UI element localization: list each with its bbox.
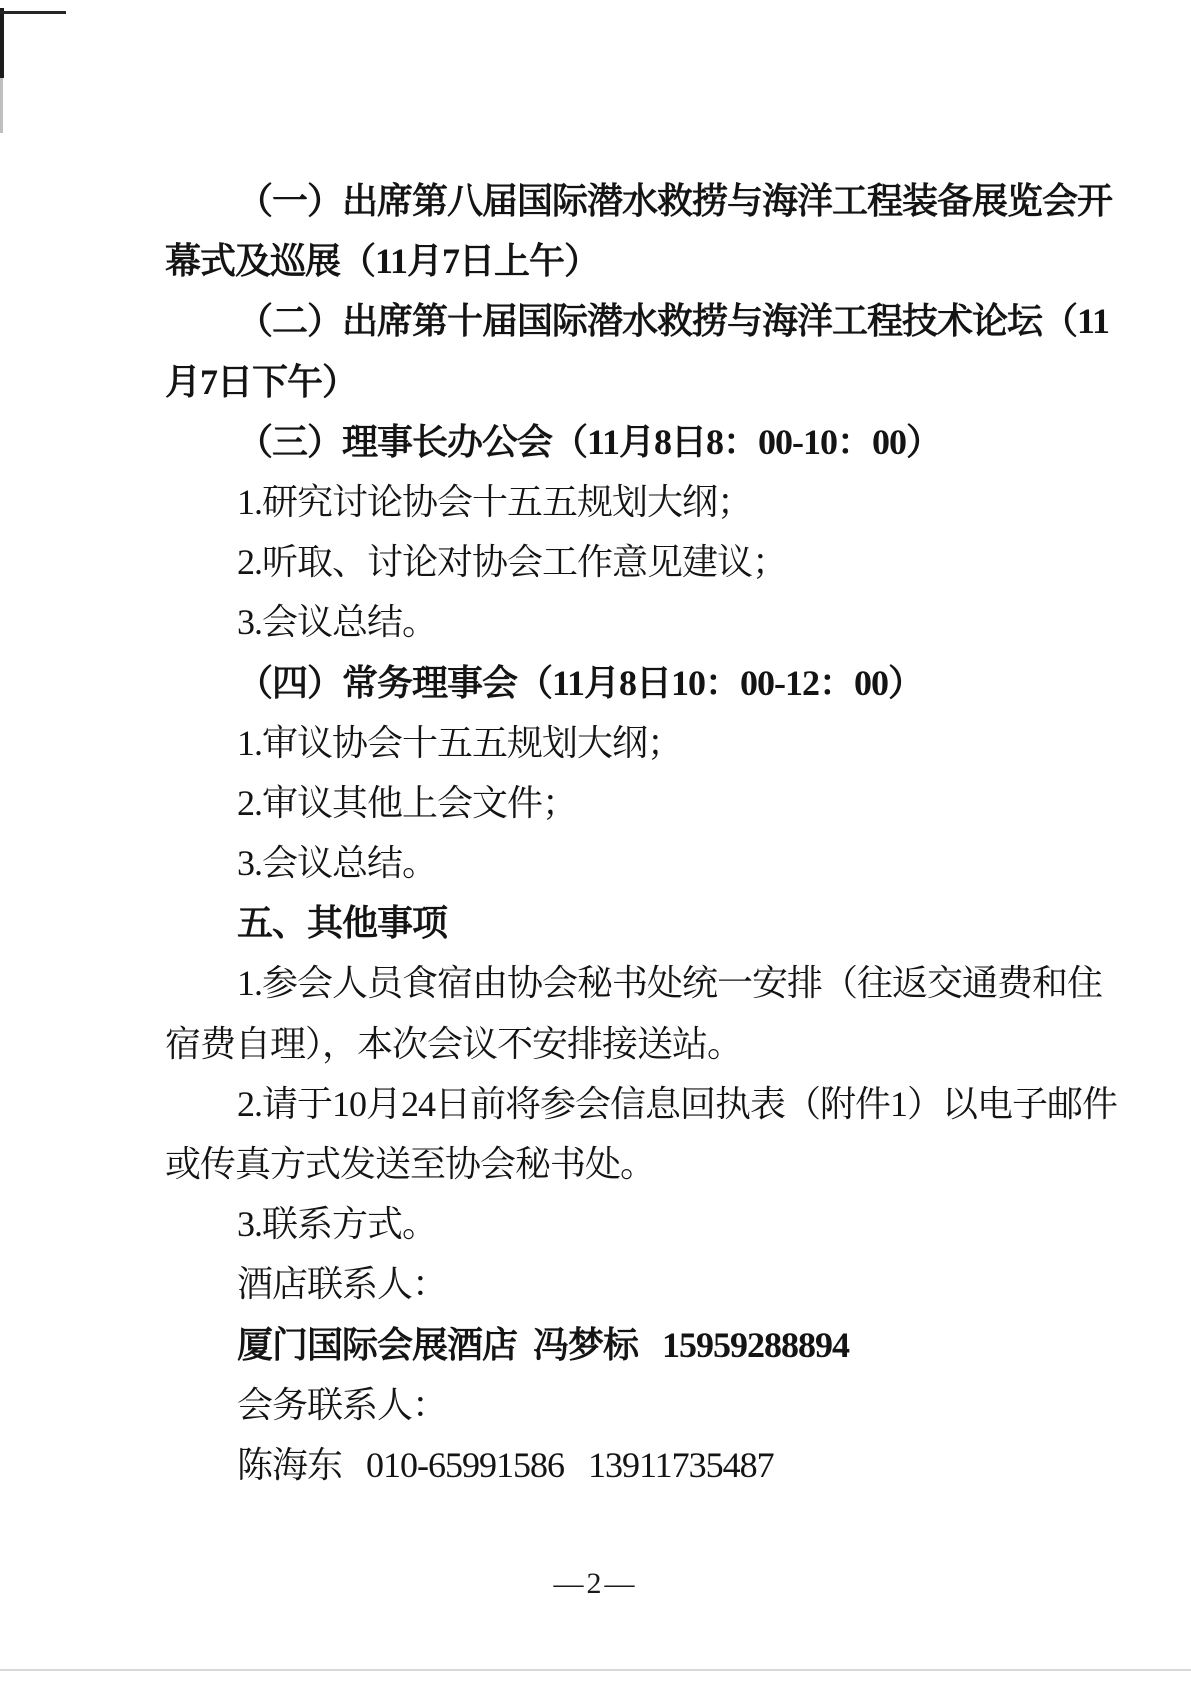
- text-line: 1.参会人员食宿由协会秘书处统一安排（往返交通费和住: [165, 953, 1085, 1013]
- text-line: 3.联系方式。: [165, 1194, 1085, 1254]
- text-line: （二）出席第十届国际潜水救捞与海洋工程技术论坛（11: [165, 291, 1085, 351]
- document-body: （一）出席第八届国际潜水救捞与海洋工程装备展览会开幕式及巡展（11月7日上午）（…: [165, 171, 1085, 1495]
- text-line: 2.听取、讨论对协会工作意见建议；: [165, 532, 1085, 592]
- text-line: 幕式及巡展（11月7日上午）: [165, 231, 1085, 291]
- text-line: 陈海东 010-65991586 13911735487: [165, 1435, 1085, 1495]
- scan-artifact-top-left-horizontal: [0, 11, 66, 14]
- text-line: （三）理事长办公会（11月8日8：00-10：00）: [165, 412, 1085, 472]
- text-line: 或传真方式发送至协会秘书处。: [165, 1134, 1085, 1194]
- scan-artifact-bottom-edge: [0, 1669, 1191, 1671]
- text-line: 会务联系人：: [165, 1375, 1085, 1435]
- text-line: 1.研究讨论协会十五五规划大纲；: [165, 472, 1085, 532]
- text-line: 厦门国际会展酒店 冯梦标 15959288894: [165, 1315, 1085, 1375]
- text-line: 3.会议总结。: [165, 833, 1085, 893]
- text-line: 2.审议其他上会文件；: [165, 773, 1085, 833]
- text-line: 1.审议协会十五五规划大纲；: [165, 713, 1085, 773]
- text-line: 月7日下午）: [165, 352, 1085, 412]
- text-line: （四）常务理事会（11月8日10：00-12：00）: [165, 653, 1085, 713]
- page-number: —2—: [0, 1564, 1191, 1604]
- text-line: 宿费自理），本次会议不安排接送站。: [165, 1014, 1085, 1074]
- text-line: 3.会议总结。: [165, 592, 1085, 652]
- text-line: （一）出席第八届国际潜水救捞与海洋工程装备展览会开: [165, 171, 1085, 231]
- text-line: 五、其他事项: [165, 893, 1085, 953]
- scan-artifact-top-left-smudge: [0, 78, 3, 133]
- scan-artifact-top-left-vertical: [0, 8, 4, 78]
- text-line: 酒店联系人：: [165, 1254, 1085, 1314]
- text-line: 2.请于10月24日前将参会信息回执表（附件1）以电子邮件: [165, 1074, 1085, 1134]
- document-page: （一）出席第八届国际潜水救捞与海洋工程装备展览会开幕式及巡展（11月7日上午）（…: [0, 0, 1191, 1684]
